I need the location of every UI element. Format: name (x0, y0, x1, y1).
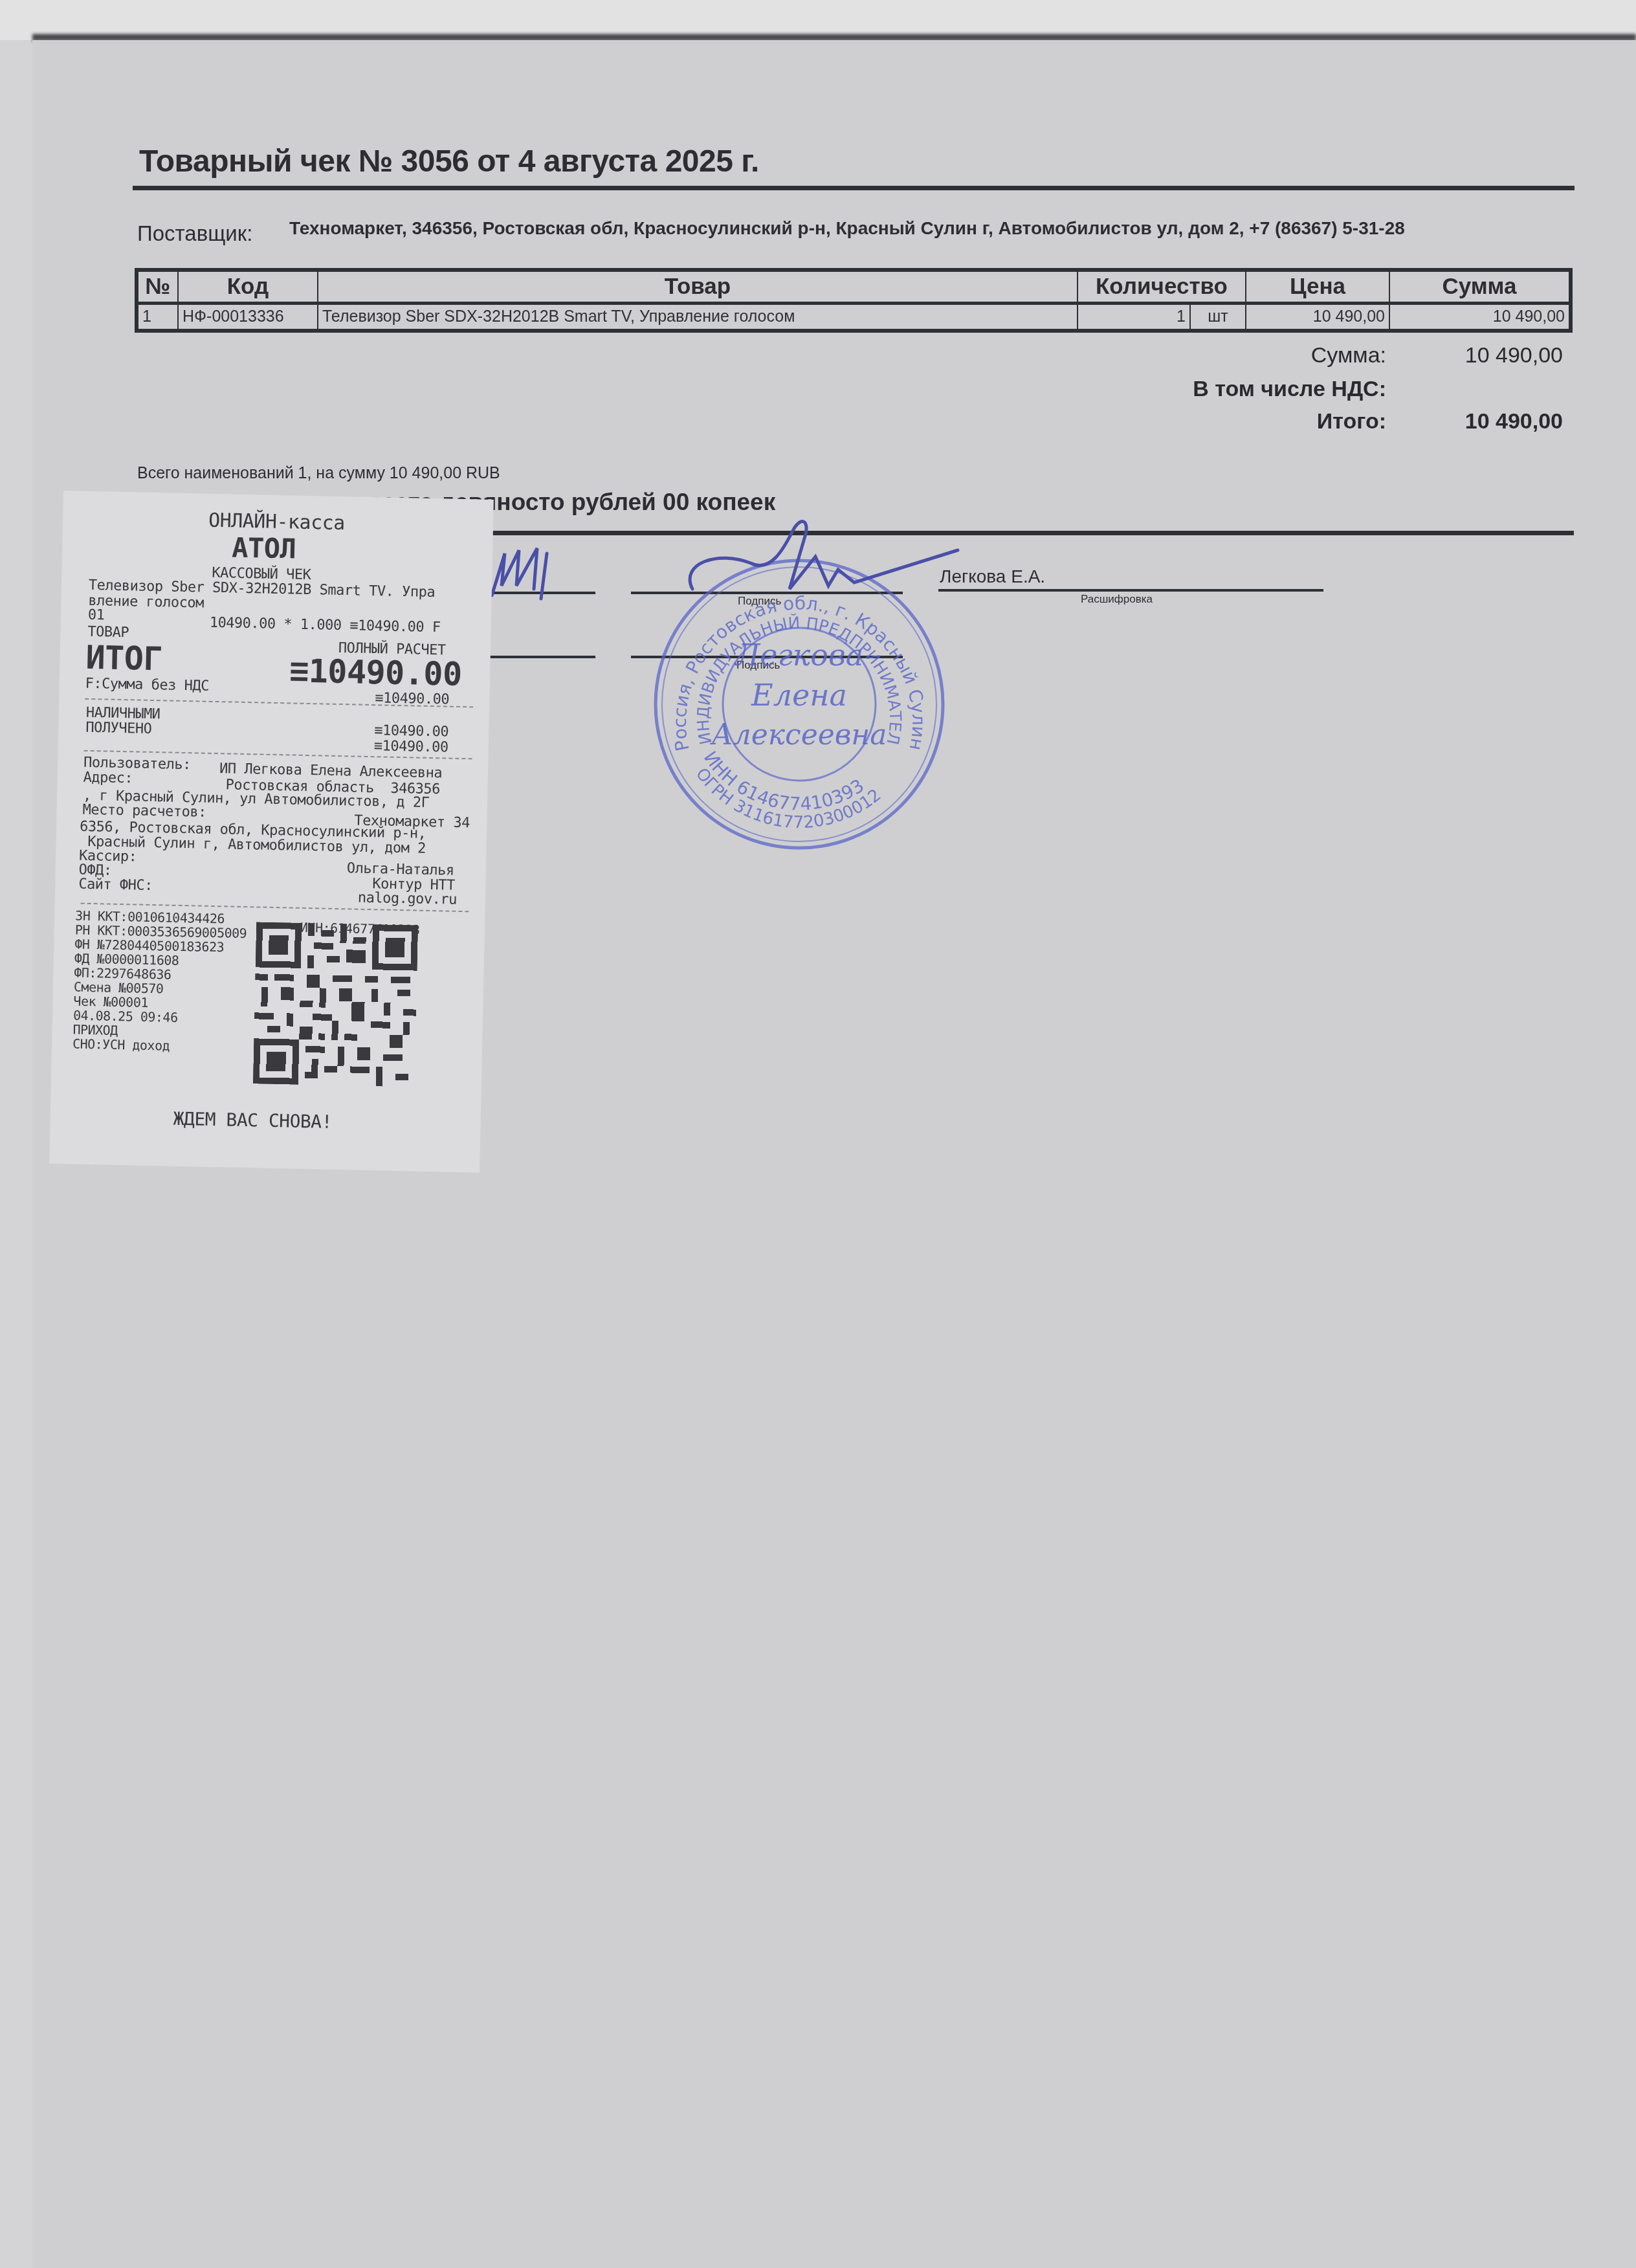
row-item: Телевизор Sber SDX-32H2012B Smart TV, Уп… (318, 304, 1078, 331)
receipt-header-online: ОНЛАЙН-касса (208, 509, 345, 535)
receipt-item-calc: 10490.00 * 1.000 ≡10490.00 F (210, 615, 441, 636)
col-sum: Сумма (1389, 270, 1571, 304)
decode-caption: Расшифровка (1081, 593, 1153, 606)
decode-line (938, 589, 1323, 592)
receipt-item-line-2: вление голосом (88, 593, 204, 612)
col-code: Код (178, 270, 318, 304)
sum-label: Сумма: (1063, 343, 1386, 368)
receipt-place-label: Место расчетов: (82, 802, 206, 821)
row-sum: 10 490,00 (1389, 304, 1571, 331)
receipt-item-index: 01 (88, 607, 105, 624)
supplier-label: Поставщик: (137, 221, 252, 246)
row-qty: 1 (1078, 304, 1190, 331)
total-value: 10 490,00 (1395, 409, 1563, 434)
col-price: Цена (1246, 270, 1389, 304)
receipt-received-value: ≡10490.00 (374, 738, 448, 755)
signature-scribble-icon (680, 511, 964, 608)
receipt-brand: АТОЛ (232, 531, 296, 564)
row-unit: шт (1190, 304, 1246, 331)
cash-register-receipt: ОНЛАЙН-касса АТОЛ КАССОВЫЙ ЧЕК Телевизор… (49, 491, 494, 1173)
col-number: № (137, 270, 178, 304)
table-row: 1 НФ-00013336 Телевизор Sber SDX-32H2012… (137, 304, 1571, 331)
supplier-value: Техномаркет, 346356, Ростовская обл, Кра… (289, 218, 1405, 239)
vat-label: В том числе НДС: (1063, 377, 1386, 402)
receipt-qr-code[interactable] (253, 922, 418, 1087)
receipt-address-label: Адрес: (83, 770, 133, 787)
receipt-total-value: ≡10490.00 (289, 652, 463, 693)
stamp-name-1: Легкова (734, 638, 863, 673)
summary-divider (466, 531, 1574, 535)
items-table: № Код Товар Количество Цена Сумма 1 НФ-0… (135, 268, 1573, 333)
receipt-received-label: ПОЛУЧЕНО (85, 720, 151, 737)
row-code: НФ-00013336 (178, 304, 318, 331)
stamp-name-2: Елена (751, 678, 847, 713)
table-header-row: № Код Товар Количество Цена Сумма (137, 270, 1571, 304)
items-count-summary: Всего наименований 1, на сумму 10 490,00… (137, 464, 500, 483)
row-price: 10 490,00 (1246, 304, 1389, 331)
signature-initials-icon (479, 540, 589, 605)
receipt-cash-value: ≡10490.00 (374, 722, 448, 740)
title-divider (133, 186, 1575, 190)
total-label: Итого: (1063, 409, 1386, 434)
receipt-footer: ЖДЕМ ВАС СНОВА! (173, 1108, 332, 1133)
sum-value: 10 490,00 (1395, 343, 1563, 368)
col-item: Товар (318, 270, 1078, 304)
receipt-fns-label: Сайт ФНС: (78, 876, 153, 894)
receipt-total-label: ИТОГ (85, 639, 163, 678)
row-number: 1 (137, 304, 178, 331)
receipt-vat-label: F:Сумма без НДС (85, 676, 209, 695)
document-title: Товарный чек № 3056 от 4 августа 2025 г. (139, 144, 759, 179)
receipt-fns-value: nalog.gov.ru (358, 890, 457, 908)
receipt-tax-system: СНО:УСН доход (72, 1036, 170, 1053)
col-quantity: Количество (1078, 270, 1246, 304)
stamp-name-3: Алексеевна (709, 718, 887, 751)
